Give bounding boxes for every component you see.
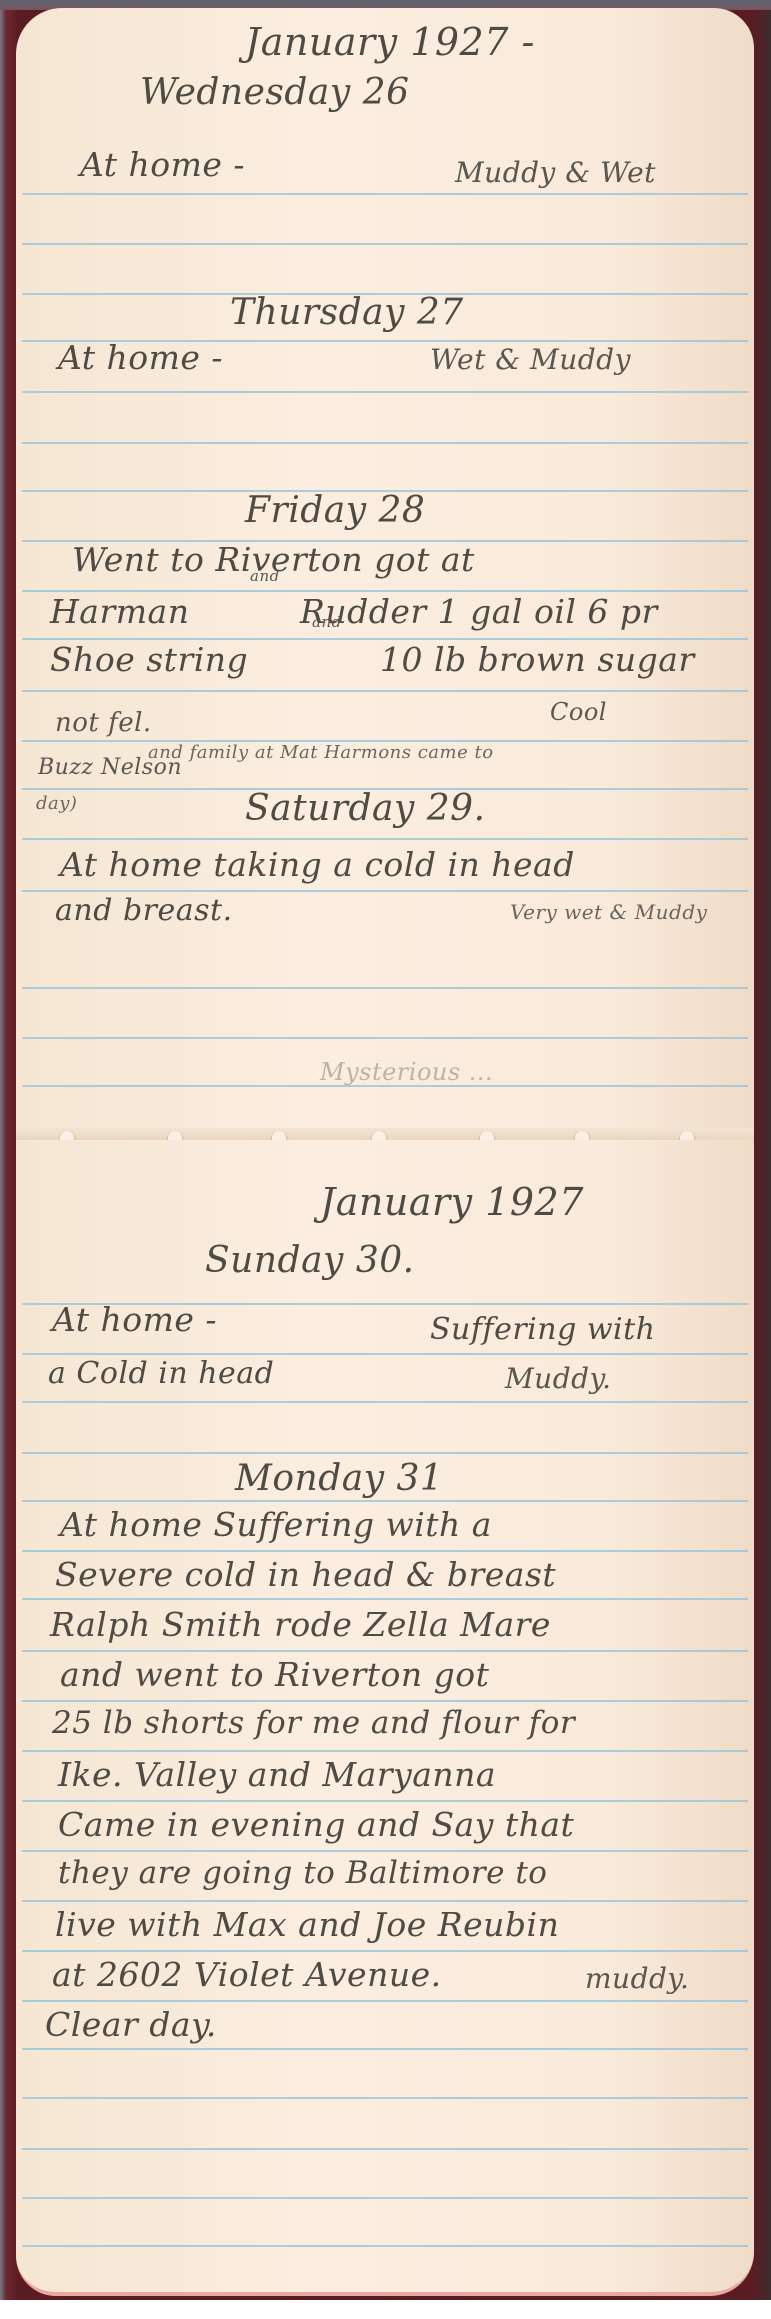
weather-note: Muddy & Wet (455, 156, 656, 189)
visitor-note: and family at Mat Harmons came to (148, 742, 494, 763)
entry-line: live with Max and Joe Reubin (55, 1905, 559, 1944)
entry-line: Came in evening and Say that (58, 1805, 574, 1844)
rule-line (22, 890, 748, 892)
day-heading-sunday: Sunday 30. (205, 1240, 415, 1281)
month-header-bottom: January 1927 (320, 1180, 584, 1224)
rule-line (22, 2148, 748, 2150)
symptom-note: Suffering with (430, 1312, 655, 1347)
rule-line (22, 1500, 748, 1502)
rule-line (22, 1800, 748, 1802)
entry-line: 10 lb brown sugar (380, 640, 695, 679)
entry-line: and went to Riverton got (60, 1655, 489, 1694)
entry-line: At home - (52, 1300, 217, 1339)
weather-note: Muddy. (505, 1362, 612, 1395)
entry-line: At home Suffering with a (60, 1505, 492, 1544)
day-heading-saturday: Saturday 29. (245, 788, 486, 829)
entry-line: At home - (80, 145, 245, 184)
month-header-top: January 1927 - (245, 20, 535, 64)
rule-line (22, 391, 748, 393)
entry-line: not fel. (55, 708, 152, 738)
entry-line: and breast. (55, 893, 233, 928)
entry-line: 25 lb shorts for me and flour for (52, 1705, 575, 1741)
rule-line (22, 1401, 748, 1403)
rule-line (22, 1850, 748, 1852)
rule-line (22, 1950, 748, 1952)
entry-line: Severe cold in head & breast (55, 1555, 556, 1594)
insert-and: and (312, 626, 342, 645)
entry-line: Clear day. (45, 2005, 217, 2044)
rule-line (22, 2097, 748, 2099)
rule-line (22, 2197, 748, 2199)
weather-note: Wet & Muddy (430, 343, 631, 376)
rule-line (22, 987, 748, 989)
visitor-note-end: day) (36, 793, 77, 814)
weather-note: Very wet & Muddy (510, 900, 707, 924)
rule-line (22, 2245, 748, 2247)
entry-line: At home - (58, 338, 223, 377)
rule-line (22, 1900, 748, 1902)
rule-line (22, 1353, 748, 1355)
entry-line: at 2602 Violet Avenue. (52, 1955, 442, 1994)
rule-line (22, 1550, 748, 1552)
entry-line: a Cold in head (48, 1356, 274, 1391)
rule-line (22, 690, 748, 692)
day-heading-thursday: Thursday 27 (230, 292, 464, 333)
rule-line (22, 243, 748, 245)
rule-line (22, 838, 748, 840)
weather-note: Cool (550, 698, 607, 726)
rule-line (22, 1750, 748, 1752)
entry-line: Harman (50, 592, 189, 631)
day-heading-friday: Friday 28 (245, 490, 425, 531)
day-heading-wednesday: Wednesday 26 (140, 72, 409, 113)
rule-line (22, 1700, 748, 1702)
entry-line: they are going to Baltimore to (58, 1855, 547, 1891)
rule-line (22, 1598, 748, 1600)
rule-line (22, 1037, 748, 1039)
rule-line (22, 193, 748, 195)
weather-note: muddy. (585, 1962, 689, 1995)
rule-line (22, 2000, 748, 2002)
entry-line: At home taking a cold in head (60, 845, 575, 884)
entry-line: Ike. Valley and Maryanna (58, 1755, 496, 1794)
rule-line (22, 1452, 748, 1454)
entry-line: Rudder 1 gal oil 6 pr (300, 592, 658, 631)
day-heading-monday: Monday 31 (235, 1458, 443, 1499)
rule-line (22, 2048, 748, 2050)
entry-line: Ralph Smith rode Zella Mare (50, 1605, 551, 1644)
entry-line: Shoe string (50, 640, 248, 679)
bleedthrough-text: Mysterious ... (320, 1058, 493, 1086)
rule-line (22, 442, 748, 444)
rule-line (22, 1650, 748, 1652)
insert-and: and (250, 580, 280, 599)
